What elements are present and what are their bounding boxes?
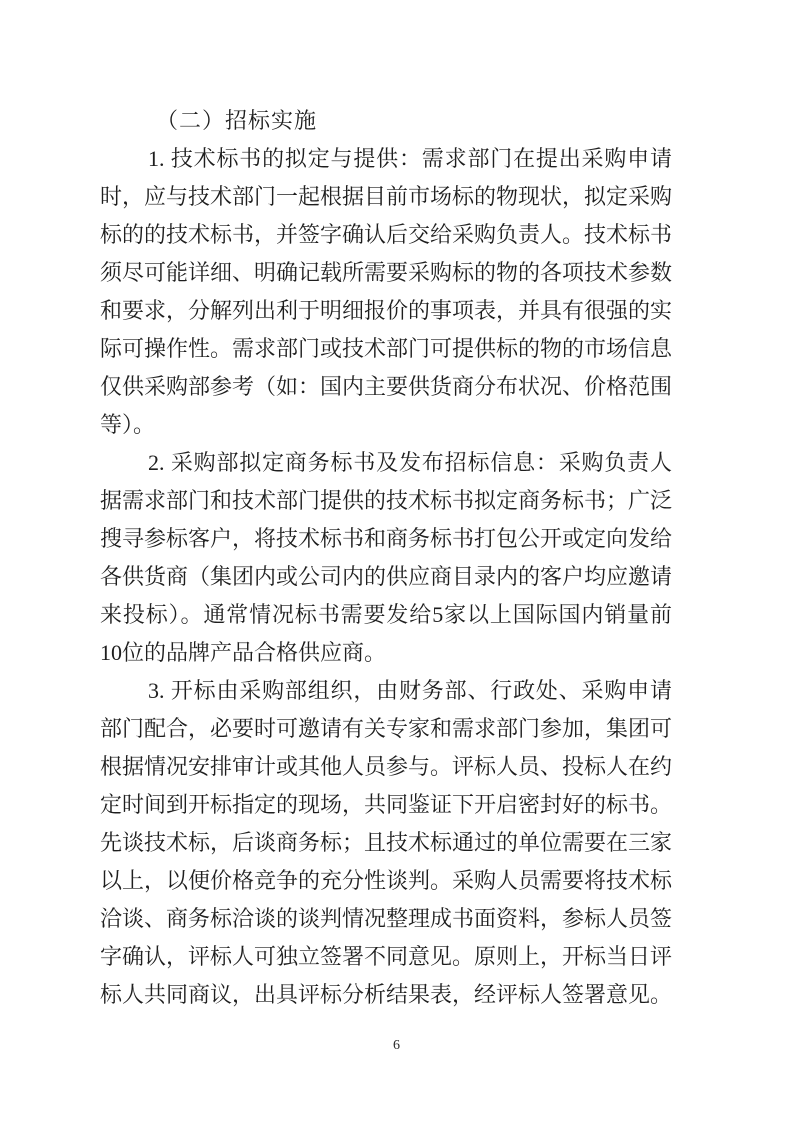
text-line: 10位的品牌产品合格供应商。 [100, 634, 672, 672]
text-line: 字确认，评标人可独立签署不同意见。原则上，开标当日评 [100, 938, 672, 976]
text-line: 和要求，分解列出利于明细报价的事项表，并具有很强的实 [100, 292, 672, 330]
paragraph: 1. 技术标书的拟定与提供：需求部门在提出采购申请时，应与技术部门一起根据目前市… [100, 140, 672, 444]
document-page: （二）招标实施 1. 技术标书的拟定与提供：需求部门在提出采购申请时，应与技术部… [0, 0, 793, 1122]
text-line: 据需求部门和技术部门提供的技术标书拟定商务标书；广泛 [100, 482, 672, 520]
text-line: 际可操作性。需求部门或技术部门可提供标的物的市场信息 [100, 330, 672, 368]
text-line: 3. 开标由采购部组织，由财务部、行政处、采购申请等 [100, 672, 672, 710]
text-line: 仅供采购部参考（如：国内主要供货商分布状况、价格范围 [100, 368, 672, 406]
text-line: 各供货商（集团内或公司内的供应商目录内的客户均应邀请 [100, 558, 672, 596]
text-line: 以上，以便价格竞争的充分性谈判。采购人员需要将技术标 [100, 862, 672, 900]
text-block: （二）招标实施 1. 技术标书的拟定与提供：需求部门在提出采购申请时，应与技术部… [100, 102, 672, 1014]
text-line: 定时间到开标指定的现场，共同鉴证下开启密封好的标书。 [100, 786, 672, 824]
text-line: 1. 技术标书的拟定与提供：需求部门在提出采购申请 [100, 140, 672, 178]
text-line: 时，应与技术部门一起根据目前市场标的物现状，拟定采购 [100, 178, 672, 216]
text-line: 洽谈、商务标洽谈的谈判情况整理成书面资料，参标人员签 [100, 900, 672, 938]
paragraph: 3. 开标由采购部组织，由财务部、行政处、采购申请等部门配合，必要时可邀请有关专… [100, 672, 672, 1014]
text-line: 标的的技术标书，并签字确认后交给采购负责人。技术标书 [100, 216, 672, 254]
text-line: 标人共同商议，出具评标分析结果表，经评标人签署意见。 [100, 976, 672, 1014]
text-line: 先谈技术标，后谈商务标；且技术标通过的单位需要在三家 [100, 824, 672, 862]
body-paragraphs: 1. 技术标书的拟定与提供：需求部门在提出采购申请时，应与技术部门一起根据目前市… [100, 140, 672, 1014]
text-line: 须尽可能详细、明确记载所需要采购标的物的各项技术参数 [100, 254, 672, 292]
page-number: 6 [0, 1038, 793, 1054]
text-line: 2. 采购部拟定商务标书及发布招标信息：采购负责人根 [100, 444, 672, 482]
paragraph: 2. 采购部拟定商务标书及发布招标信息：采购负责人根据需求部门和技术部门提供的技… [100, 444, 672, 672]
text-line: 部门配合，必要时可邀请有关专家和需求部门参加，集团可 [100, 710, 672, 748]
text-line: 等）。 [100, 406, 672, 444]
text-line: 来投标）。通常情况标书需要发给5家以上国际国内销量前 [100, 596, 672, 634]
section-heading: （二）招标实施 [100, 102, 672, 140]
text-line: 搜寻参标客户，将技术标书和商务标书打包公开或定向发给 [100, 520, 672, 558]
text-line: 根据情况安排审计或其他人员参与。评标人员、投标人在约 [100, 748, 672, 786]
